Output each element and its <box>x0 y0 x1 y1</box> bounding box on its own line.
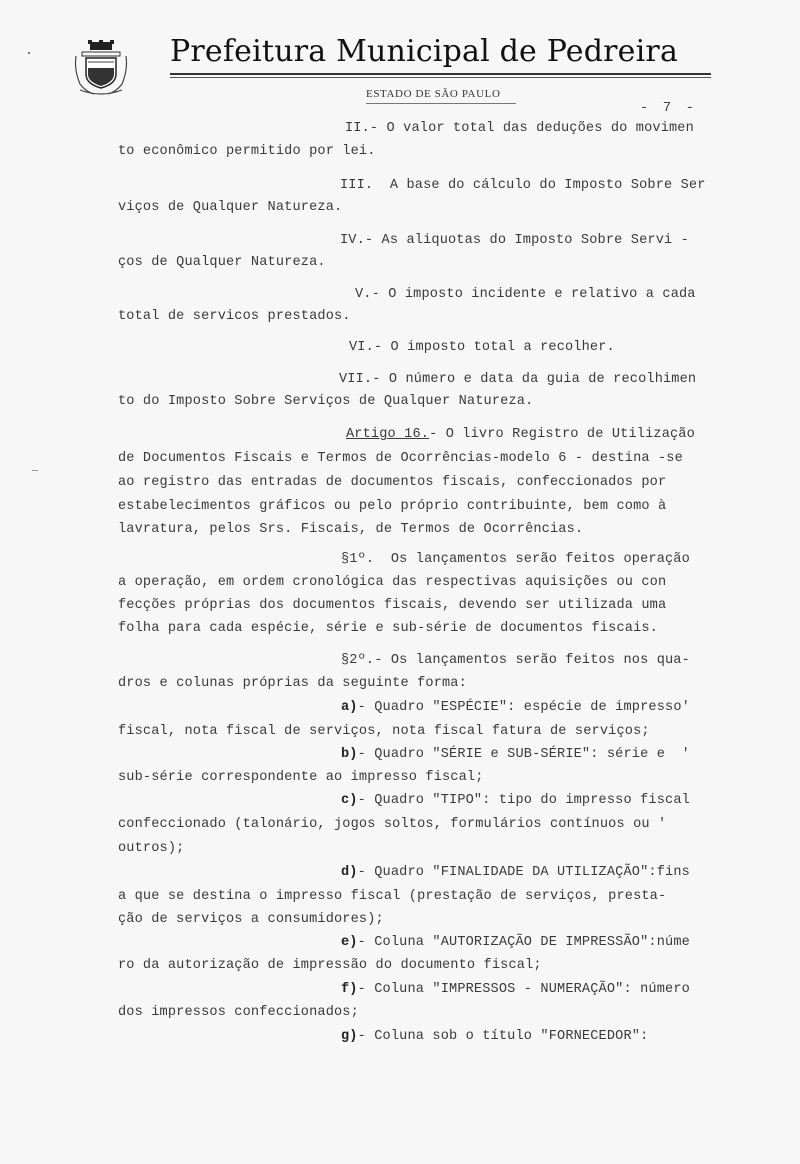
item-letter: c) <box>341 793 358 808</box>
text-line: estabelecimentos gráficos ou pelo própri… <box>118 499 666 514</box>
page-title: Prefeitura Municipal de Pedreira <box>170 34 678 69</box>
text-line: b)- Quadro "SÉRIE e SUB-SÉRIE": série e … <box>341 747 690 762</box>
text-line: g)- Coluna sob o título "FORNECEDOR": <box>341 1029 648 1044</box>
scan-speck <box>32 470 38 471</box>
text-line: outros); <box>118 841 184 856</box>
text-line: fecções próprias dos documentos fiscais,… <box>118 598 666 613</box>
text-line: dros e colunas próprias da seguinte form… <box>118 676 467 691</box>
item-letter: b) <box>341 747 358 762</box>
text-line: Artigo 16.- O livro Registro de Utilizaç… <box>346 427 695 442</box>
text-line: a)- Quadro "ESPÉCIE": espécie de impress… <box>341 700 690 715</box>
text-line: §2º.- Os lançamentos serão feitos nos qu… <box>341 653 690 668</box>
item-letter: a) <box>341 700 358 715</box>
text-line: VII.- O número e data da guia de recolhi… <box>339 372 696 387</box>
text-line: IV.- As aliquotas do Imposto Sobre Servi… <box>340 233 689 248</box>
text-line: a operação, em ordem cronológica das res… <box>118 575 666 590</box>
item-letter: e) <box>341 935 358 950</box>
text-line: a que se destina o impresso fiscal (pres… <box>118 889 666 904</box>
article-heading: Artigo 16. <box>346 427 429 442</box>
item-letter: g) <box>341 1029 358 1044</box>
text-line: V.- O imposto incidente e relativo a cad… <box>355 287 696 302</box>
title-rule-thin <box>170 77 711 78</box>
text-line: de Documentos Fiscais e Termos de Ocorrê… <box>118 451 683 466</box>
title-rule <box>170 73 711 75</box>
text-line: e)- Coluna "AUTORIZAÇÃO DE IMPRESSÃO":nú… <box>341 935 690 950</box>
text-line: dos impressos confeccionados; <box>118 1005 359 1020</box>
text-line: VI.- O imposto total a recolher. <box>349 340 615 355</box>
subtitle-rule <box>366 103 516 104</box>
text-line: sub-série correspondente ao impresso fis… <box>118 770 484 785</box>
item-letter: d) <box>341 865 358 880</box>
text-line: to econômico permitido por lei. <box>118 144 376 159</box>
scan-speck <box>28 52 30 54</box>
text-line: lavratura, pelos Srs. Fiscais, de Termos… <box>118 522 583 537</box>
text-line: c)- Quadro "TIPO": tipo do impresso fisc… <box>341 793 690 808</box>
coat-of-arms-icon <box>72 40 130 96</box>
text-line: ços de Qualquer Natureza. <box>118 255 326 270</box>
text-line: folha para cada espécie, série e sub-sér… <box>118 621 658 636</box>
text-line: §1º. Os lançamentos serão feitos operaçã… <box>341 552 690 567</box>
text-line: viços de Qualquer Natureza. <box>118 200 342 215</box>
state-subtitle: ESTADO DE SÃO PAULO <box>366 88 500 100</box>
text-line: total de servicos prestados. <box>118 309 351 324</box>
text-line: ao registro das entradas de documentos f… <box>118 475 666 490</box>
text-line: d)- Quadro "FINALIDADE DA UTILIZAÇÃO":fi… <box>341 865 690 880</box>
text-line: confeccionado (talonário, jogos soltos, … <box>118 817 666 832</box>
text-line: ro da autorização de impressão do docume… <box>118 958 542 973</box>
text-line: II.- O valor total das deduções do movim… <box>345 121 694 136</box>
text-line: to do Imposto Sobre Serviços de Qualquer… <box>118 394 533 409</box>
text-line: f)- Coluna "IMPRESSOS - NUMERAÇÃO": núme… <box>341 982 690 997</box>
item-letter: f) <box>341 982 358 997</box>
page-number: - 7 - <box>640 100 697 116</box>
text-line: fiscal, nota fiscal de serviços, nota fi… <box>118 724 650 739</box>
text-line: ção de serviços a consumidores); <box>118 912 384 927</box>
text-line: III. A base do cálculo do Imposto Sobre … <box>340 178 706 193</box>
